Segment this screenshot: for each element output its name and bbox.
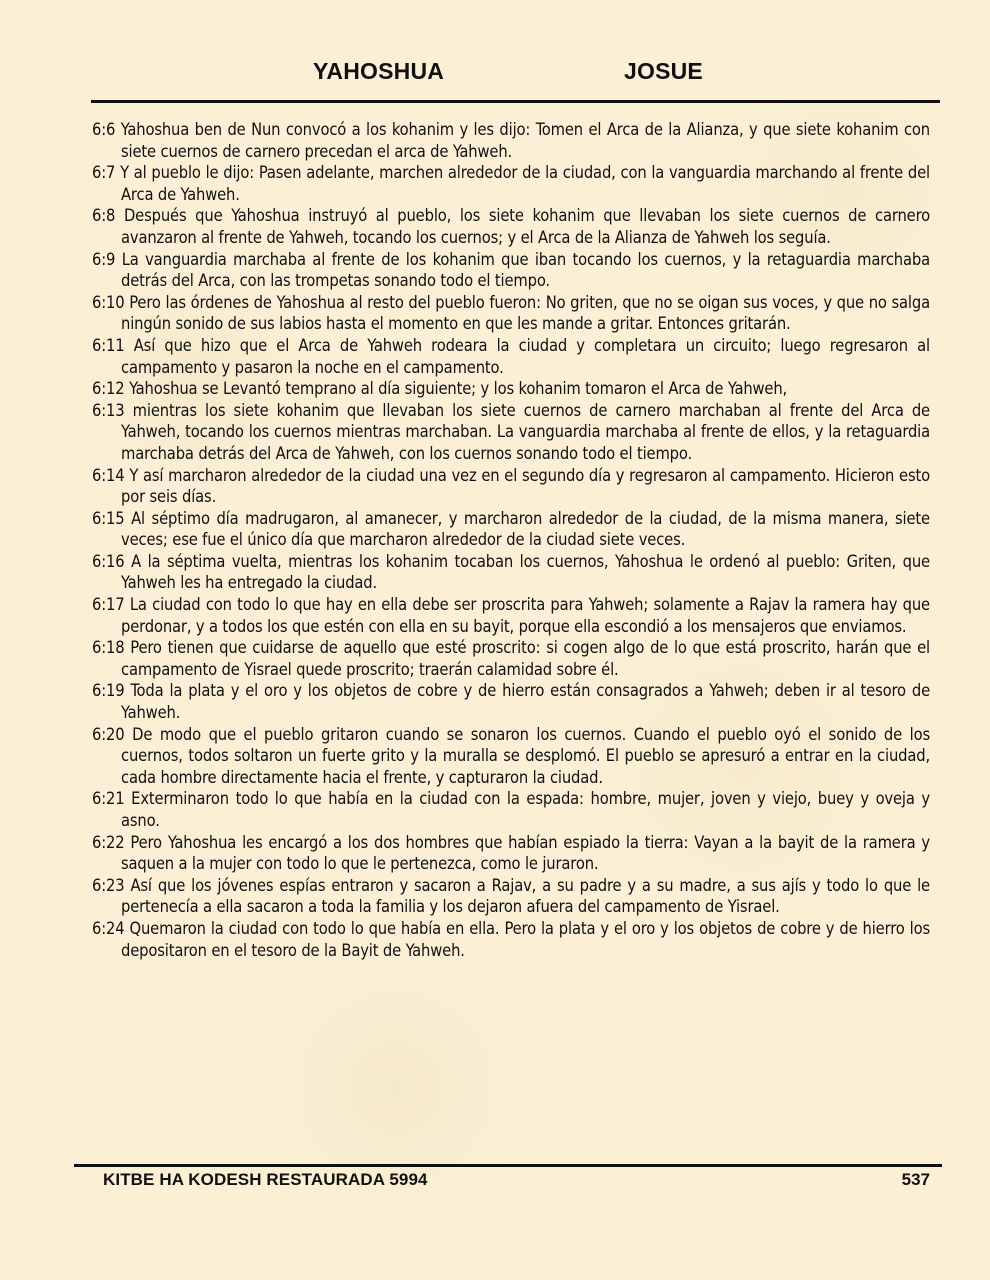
- verse-text: Quemaron la ciudad con todo lo que había…: [121, 919, 930, 960]
- verse-text: La vanguardia marchaba al frente de los …: [121, 250, 930, 291]
- verse-ref: 6:11: [92, 336, 125, 355]
- verse-6-19: 6:19 Toda la plata y el oro y los objeto…: [92, 680, 930, 723]
- verse-6-8: 6:8 Después que Yahoshua instruyó al pue…: [92, 205, 930, 248]
- verse-ref: 6:13: [92, 401, 125, 420]
- verse-text: La ciudad con todo lo que hay en ella de…: [121, 595, 930, 636]
- verse-ref: 6:12: [92, 379, 125, 398]
- page-number: 537: [902, 1170, 930, 1190]
- verse-ref: 6:17: [92, 595, 125, 614]
- header-divider: [91, 100, 940, 103]
- verse-text: Toda la plata y el oro y los objetos de …: [121, 681, 930, 722]
- verse-text: Pero Yahoshua les encargó a los dos homb…: [121, 833, 930, 874]
- verse-list: 6:6 Yahoshua ben de Nun convocó a los ko…: [92, 119, 930, 961]
- verse-text: Así que los jóvenes espías entraron y sa…: [121, 876, 930, 917]
- verse-ref: 6:24: [92, 919, 125, 938]
- verse-ref: 6:7: [92, 163, 115, 182]
- verse-text: Y al pueblo le dijo: Pasen adelante, mar…: [120, 163, 930, 204]
- verse-text: Así que hizo que el Arca de Yahweh rodea…: [121, 336, 930, 377]
- header-book-name-hebrew: YAHOSHUA: [313, 58, 444, 85]
- verse-ref: 6:6: [92, 120, 115, 139]
- verse-6-18: 6:18 Pero tienen que cuidarse de aquello…: [92, 637, 930, 680]
- verse-text: Exterminaron todo lo que había en la ciu…: [121, 789, 930, 830]
- page-header: YAHOSHUA JOSUE: [91, 58, 940, 90]
- verse-6-11: 6:11 Así que hizo que el Arca de Yahweh …: [92, 335, 930, 378]
- verse-text: mientras los siete kohanim que llevaban …: [121, 401, 930, 463]
- verse-6-23: 6:23 Así que los jóvenes espías entraron…: [92, 875, 930, 918]
- verse-ref: 6:9: [92, 250, 115, 269]
- verse-ref: 6:8: [92, 206, 115, 225]
- verse-text: Después que Yahoshua instruyó al pueblo,…: [121, 206, 930, 247]
- verse-6-9: 6:9 La vanguardia marchaba al frente de …: [92, 249, 930, 292]
- verse-6-13: 6:13 mientras los siete kohanim que llev…: [92, 400, 930, 465]
- verse-ref: 6:18: [92, 638, 125, 657]
- verse-6-7: 6:7 Y al pueblo le dijo: Pasen adelante,…: [92, 162, 930, 205]
- verse-6-10: 6:10 Pero las órdenes de Yahoshua al res…: [92, 292, 930, 335]
- verse-6-20: 6:20 De modo que el pueblo gritaron cuan…: [92, 724, 930, 789]
- verse-text: Yahoshua se Levantó temprano al día sigu…: [129, 379, 787, 398]
- verse-text: Pero tienen que cuidarse de aquello que …: [121, 638, 930, 679]
- verse-text: Yahoshua ben de Nun convocó a los kohani…: [121, 120, 930, 161]
- verse-text: Pero las órdenes de Yahoshua al resto de…: [121, 293, 930, 334]
- verse-text: A la séptima vuelta, mientras los kohani…: [121, 552, 930, 593]
- verse-ref: 6:16: [92, 552, 125, 571]
- verse-6-24: 6:24 Quemaron la ciudad con todo lo que …: [92, 918, 930, 961]
- verse-ref: 6:23: [92, 876, 125, 895]
- verse-ref: 6:20: [92, 725, 125, 744]
- header-book-name-spanish: JOSUE: [624, 58, 703, 85]
- footer-divider: [74, 1164, 942, 1167]
- verse-ref: 6:14: [92, 466, 125, 485]
- verse-6-15: 6:15 Al séptimo día madrugaron, al amane…: [92, 508, 930, 551]
- verse-text: De modo que el pueblo gritaron cuando se…: [121, 725, 930, 787]
- verse-text: Al séptimo día madrugaron, al amanecer, …: [121, 509, 930, 550]
- verse-ref: 6:19: [92, 681, 125, 700]
- verse-text: Y así marcharon alrededor de la ciudad u…: [121, 466, 930, 507]
- verse-6-14: 6:14 Y así marcharon alrededor de la ciu…: [92, 465, 930, 508]
- verse-ref: 6:22: [92, 833, 125, 852]
- verse-ref: 6:10: [92, 293, 125, 312]
- verse-ref: 6:15: [92, 509, 125, 528]
- verse-6-12: 6:12 Yahoshua se Levantó temprano al día…: [92, 378, 930, 400]
- verse-6-16: 6:16 A la séptima vuelta, mientras los k…: [92, 551, 930, 594]
- footer-book-title: KITBE HA KODESH RESTAURADA 5994: [103, 1170, 428, 1190]
- verse-6-6: 6:6 Yahoshua ben de Nun convocó a los ko…: [92, 119, 930, 162]
- verse-6-22: 6:22 Pero Yahoshua les encargó a los dos…: [92, 832, 930, 875]
- verse-ref: 6:21: [92, 789, 125, 808]
- verse-6-17: 6:17 La ciudad con todo lo que hay en el…: [92, 594, 930, 637]
- verse-6-21: 6:21 Exterminaron todo lo que había en l…: [92, 788, 930, 831]
